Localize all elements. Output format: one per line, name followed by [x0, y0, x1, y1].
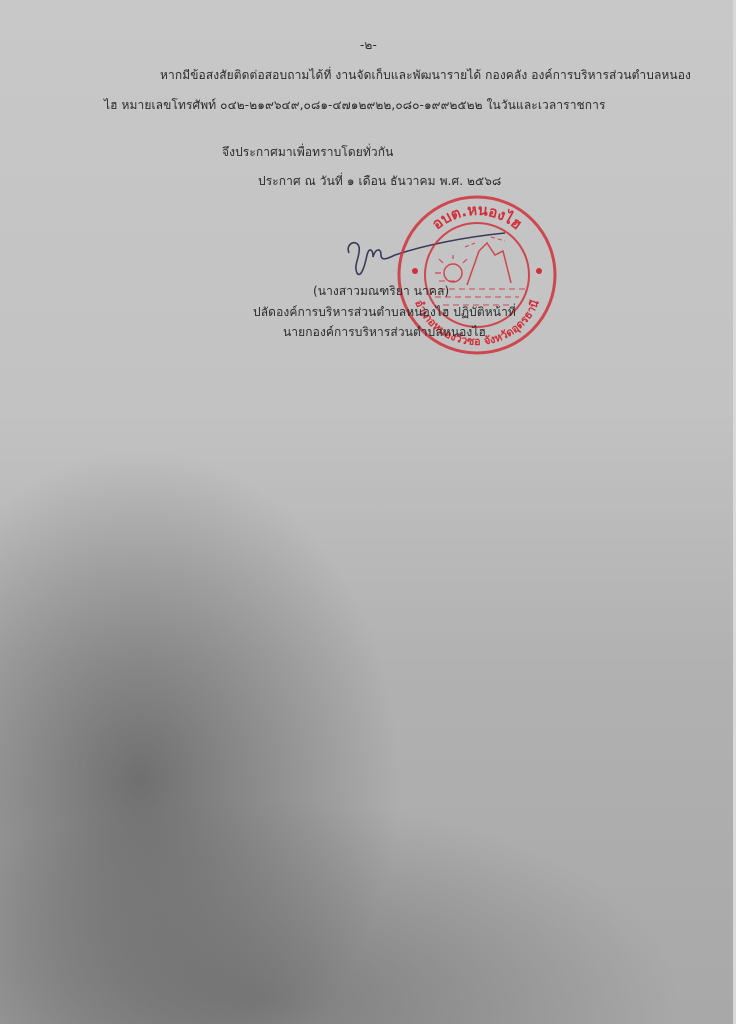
page-number: -๒-	[360, 36, 377, 55]
contact-paragraph-line2: ไฮ หมายเลขโทรศัพท์ ๐๔๒-๒๑๙๖๔๙,๐๘๑-๔๗๑๒๙๒…	[104, 96, 606, 115]
signer-position-line1: ปลัดองค์การบริหารส่วนตำบลหนองไฮ ปฏิบัติห…	[253, 303, 516, 322]
contact-paragraph-line1: หากมีข้อสงสัยติดต่อสอบถามได้ที่ งานจัดเก…	[160, 66, 691, 85]
announcement-date: ประกาศ ณ วันที่ ๑ เดือน ธันวาคม พ.ศ. ๒๕๖…	[258, 172, 501, 191]
document-page: -๒- หากมีข้อสงสัยติดต่อสอบถามได้ที่ งานจ…	[0, 0, 733, 1024]
signer-position-line2: นายกองค์การบริหารส่วนตำบลหนองไฮ	[283, 323, 486, 342]
signer-name: (นางสาวมณฑริยา นาคล)	[313, 282, 449, 301]
announcement-text: จึงประกาศมาเพื่อทราบโดยทั่วกัน	[222, 143, 393, 162]
